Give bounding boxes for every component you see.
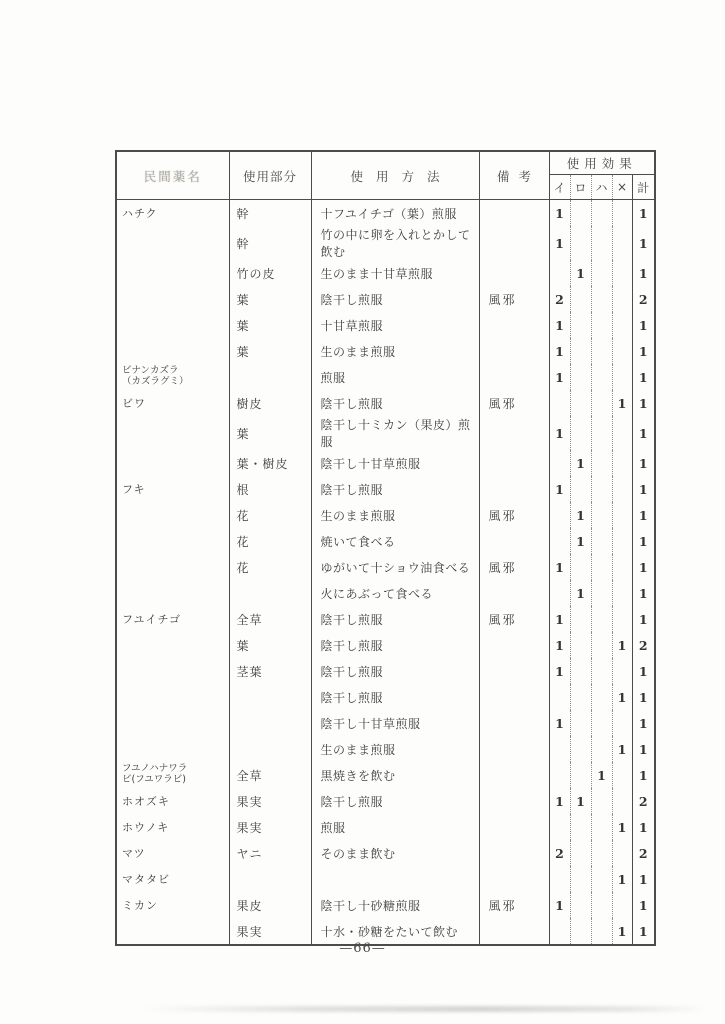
effect-cell-2: 1 (591, 762, 612, 788)
effect-cell-0 (549, 502, 570, 528)
column-header-effect-ha: ハ (591, 175, 612, 200)
table-row: 葉生のまま煎服11 (116, 338, 655, 364)
effect-cell-1 (570, 840, 591, 866)
effect-cell-2 (591, 416, 612, 450)
table-row: 花焼いて食べる11 (116, 528, 655, 554)
remarks-cell (479, 684, 549, 710)
effect-cell-1: 1 (570, 788, 591, 814)
effect-cell-4: 1 (632, 476, 655, 502)
effect-cell-3 (612, 200, 632, 227)
table-row: 花生のまま煎服風邪11 (116, 502, 655, 528)
column-header-effect-total: 計 (632, 175, 655, 200)
remarks-cell (479, 476, 549, 502)
effect-cell-3: 1 (612, 814, 632, 840)
effect-cell-1 (570, 416, 591, 450)
name-cell (116, 710, 229, 736)
effect-cell-2 (591, 684, 612, 710)
remarks-cell: 風邪 (479, 502, 549, 528)
effect-cell-4: 1 (632, 658, 655, 684)
method-cell: 黒焼きを飲む (311, 762, 479, 788)
table-row: ホウノキ果実煎服11 (116, 814, 655, 840)
table-row: 葉・樹皮陰干し十甘草煎服11 (116, 450, 655, 476)
method-cell: 生のまま煎服 (311, 502, 479, 528)
effect-cell-4: 1 (632, 892, 655, 918)
effect-cell-0 (549, 736, 570, 762)
effect-cell-1: 1 (570, 450, 591, 476)
method-cell: 陰干し煎服 (311, 286, 479, 312)
name-cell: ホウノキ (116, 814, 229, 840)
effect-cell-3 (612, 788, 632, 814)
effect-cell-3 (612, 364, 632, 390)
effect-cell-4: 1 (632, 502, 655, 528)
part-cell: 葉 (229, 416, 311, 450)
column-header-effect-x: × (612, 175, 632, 200)
remarks-cell: 風邪 (479, 286, 549, 312)
name-cell (116, 260, 229, 286)
effect-cell-3 (612, 580, 632, 606)
table-row: フユノハナワラ ビ(フユワラビ)全草黒焼きを飲む11 (116, 762, 655, 788)
effect-cell-2 (591, 710, 612, 736)
effect-cell-0: 1 (549, 710, 570, 736)
part-cell: 果実 (229, 788, 311, 814)
name-cell: マタタビ (116, 866, 229, 892)
part-cell: 花 (229, 554, 311, 580)
effect-cell-0: 2 (549, 286, 570, 312)
effect-cell-2 (591, 632, 612, 658)
method-cell: 陰干し煎服 (311, 658, 479, 684)
effect-cell-2 (591, 260, 612, 286)
effect-cell-1 (570, 286, 591, 312)
part-cell: 果実 (229, 814, 311, 840)
effect-cell-3 (612, 710, 632, 736)
effect-cell-3 (612, 260, 632, 286)
name-cell: ハチク (116, 200, 229, 227)
method-cell: 竹の中に卵を入れとかして飲む (311, 226, 479, 260)
remarks-cell: 風邪 (479, 606, 549, 632)
effect-cell-2 (591, 866, 612, 892)
effect-cell-0 (549, 762, 570, 788)
method-cell: 火にあぶって食べる (311, 580, 479, 606)
effect-cell-0: 1 (549, 226, 570, 260)
remarks-cell (479, 736, 549, 762)
method-cell: 陰干し煎服 (311, 632, 479, 658)
part-cell: 葉 (229, 338, 311, 364)
part-cell: 花 (229, 502, 311, 528)
part-cell: 根 (229, 476, 311, 502)
name-cell: ホオズキ (116, 788, 229, 814)
table-row: 竹の皮生のまま十甘草煎服11 (116, 260, 655, 286)
effect-cell-1 (570, 390, 591, 416)
effect-cell-4: 1 (632, 710, 655, 736)
remarks-cell: 風邪 (479, 892, 549, 918)
name-cell: マツ (116, 840, 229, 866)
method-cell: 陰干し煎服 (311, 606, 479, 632)
part-cell: 全草 (229, 606, 311, 632)
effect-cell-2 (591, 476, 612, 502)
effect-cell-1 (570, 554, 591, 580)
effect-cell-3 (612, 312, 632, 338)
remarks-cell (479, 866, 549, 892)
part-cell (229, 736, 311, 762)
table-row: ハチク幹十フユイチゴ（葉）煎服11 (116, 200, 655, 227)
remarks-cell (479, 814, 549, 840)
effect-cell-2 (591, 226, 612, 260)
column-header-remarks: 備考 (479, 151, 549, 200)
remarks-cell (479, 200, 549, 227)
effect-cell-0 (549, 580, 570, 606)
part-cell (229, 866, 311, 892)
remarks-cell: 風邪 (479, 554, 549, 580)
table-row: ホオズキ果実陰干し煎服112 (116, 788, 655, 814)
method-cell: 陰干し煎服 (311, 788, 479, 814)
method-cell: 焼いて食べる (311, 528, 479, 554)
method-cell: 生のまま十甘草煎服 (311, 260, 479, 286)
effect-cell-2 (591, 502, 612, 528)
method-cell: 生のまま煎服 (311, 736, 479, 762)
name-cell (116, 528, 229, 554)
table-row: ビワ樹皮陰干し煎服風邪11 (116, 390, 655, 416)
effect-cell-4: 1 (632, 762, 655, 788)
effect-cell-0: 1 (549, 892, 570, 918)
effect-cell-4: 1 (632, 226, 655, 260)
document-page: 民間薬名 使用部分 使用方法 備考 使用効果 イ ロ ハ × 計 ハチク幹十フユ… (0, 0, 725, 1024)
effect-cell-4: 2 (632, 840, 655, 866)
table-row: フキ根陰干し煎服11 (116, 476, 655, 502)
folk-medicine-table: 民間薬名 使用部分 使用方法 備考 使用効果 イ ロ ハ × 計 ハチク幹十フユ… (115, 150, 656, 946)
name-cell (116, 450, 229, 476)
remarks-cell (479, 762, 549, 788)
effect-cell-0: 1 (549, 312, 570, 338)
effect-cell-1 (570, 892, 591, 918)
effect-cell-2 (591, 450, 612, 476)
name-cell (116, 580, 229, 606)
part-cell: 花 (229, 528, 311, 554)
column-header-part: 使用部分 (229, 151, 311, 200)
part-cell: 葉・樹皮 (229, 450, 311, 476)
effect-cell-0: 1 (549, 606, 570, 632)
effect-cell-3: 1 (612, 736, 632, 762)
name-cell (116, 286, 229, 312)
effect-cell-3 (612, 286, 632, 312)
effect-cell-0: 1 (549, 364, 570, 390)
effect-cell-1 (570, 710, 591, 736)
page-number: —66— (0, 941, 725, 956)
effect-cell-3: 1 (612, 632, 632, 658)
method-cell (311, 866, 479, 892)
table-body: ハチク幹十フユイチゴ（葉）煎服11幹竹の中に卵を入れとかして飲む11竹の皮生のま… (116, 200, 655, 946)
table-row: 火にあぶって食べる11 (116, 580, 655, 606)
effect-cell-2 (591, 364, 612, 390)
remarks-cell: 風邪 (479, 390, 549, 416)
part-cell: 幹 (229, 200, 311, 227)
table-row: 幹竹の中に卵を入れとかして飲む11 (116, 226, 655, 260)
effect-cell-0 (549, 684, 570, 710)
name-cell (116, 684, 229, 710)
effect-cell-2 (591, 554, 612, 580)
name-cell: ビナンカズラ （カズラグミ） (116, 364, 229, 390)
table-row: 陰干し十甘草煎服11 (116, 710, 655, 736)
effect-cell-1 (570, 762, 591, 788)
effect-cell-0: 1 (549, 658, 570, 684)
part-cell: 果皮 (229, 892, 311, 918)
remarks-cell (479, 260, 549, 286)
remarks-cell (479, 710, 549, 736)
table-row: 陰干し煎服11 (116, 684, 655, 710)
effect-cell-3: 1 (612, 390, 632, 416)
column-header-effect: 使用効果 (549, 151, 655, 175)
effect-cell-0 (549, 528, 570, 554)
effect-cell-1 (570, 476, 591, 502)
name-cell: フキ (116, 476, 229, 502)
effect-cell-2 (591, 736, 612, 762)
part-cell: 葉 (229, 312, 311, 338)
name-cell (116, 338, 229, 364)
effect-cell-0: 2 (549, 840, 570, 866)
effect-cell-4: 1 (632, 814, 655, 840)
table-row: 葉陰干し十ミカン（果皮）煎服11 (116, 416, 655, 450)
scan-noise-artifact (140, 1006, 710, 1012)
name-cell (116, 226, 229, 260)
effect-cell-0: 1 (549, 338, 570, 364)
name-cell (116, 658, 229, 684)
part-cell: 葉 (229, 286, 311, 312)
method-cell: 陰干し煎服 (311, 390, 479, 416)
part-cell: 樹皮 (229, 390, 311, 416)
table-row: マタタビ11 (116, 866, 655, 892)
effect-cell-0: 1 (549, 200, 570, 227)
effect-cell-0: 1 (549, 416, 570, 450)
effect-cell-4: 1 (632, 200, 655, 227)
effect-cell-3 (612, 554, 632, 580)
remarks-cell (479, 312, 549, 338)
method-cell: 陰干し十砂糖煎服 (311, 892, 479, 918)
effect-cell-1 (570, 736, 591, 762)
method-cell: 陰干し煎服 (311, 684, 479, 710)
effect-cell-3 (612, 450, 632, 476)
effect-cell-0: 1 (549, 476, 570, 502)
part-cell: 全草 (229, 762, 311, 788)
effect-cell-3 (612, 658, 632, 684)
part-cell: 茎葉 (229, 658, 311, 684)
effect-cell-4: 1 (632, 390, 655, 416)
table-row: マツヤニそのまま飲む22 (116, 840, 655, 866)
effect-cell-3 (612, 840, 632, 866)
effect-cell-2 (591, 312, 612, 338)
part-cell: 竹の皮 (229, 260, 311, 286)
name-cell (116, 312, 229, 338)
name-cell (116, 554, 229, 580)
effect-cell-3: 1 (612, 866, 632, 892)
remarks-cell (479, 528, 549, 554)
part-cell: ヤニ (229, 840, 311, 866)
table-row: フユイチゴ全草陰干し煎服風邪11 (116, 606, 655, 632)
effect-cell-3 (612, 416, 632, 450)
effect-cell-0: 1 (549, 554, 570, 580)
effect-cell-4: 2 (632, 286, 655, 312)
effect-cell-2 (591, 338, 612, 364)
part-cell (229, 580, 311, 606)
part-cell (229, 364, 311, 390)
effect-cell-1: 1 (570, 580, 591, 606)
table-row: 茎葉陰干し煎服11 (116, 658, 655, 684)
remarks-cell (479, 338, 549, 364)
effect-cell-2 (591, 788, 612, 814)
effect-cell-4: 1 (632, 260, 655, 286)
method-cell: 陰干し十甘草煎服 (311, 450, 479, 476)
effect-cell-4: 1 (632, 338, 655, 364)
effect-cell-2 (591, 580, 612, 606)
effect-cell-2 (591, 200, 612, 227)
effect-cell-3 (612, 226, 632, 260)
effect-cell-4: 1 (632, 580, 655, 606)
effect-cell-3 (612, 892, 632, 918)
table-header: 民間薬名 使用部分 使用方法 備考 使用効果 イ ロ ハ × 計 (116, 151, 655, 200)
part-cell: 幹 (229, 226, 311, 260)
effect-cell-2 (591, 892, 612, 918)
effect-cell-1 (570, 338, 591, 364)
name-cell: ミカン (116, 892, 229, 918)
method-cell: 十フユイチゴ（葉）煎服 (311, 200, 479, 227)
table-row: 花ゆがいて十ショウ油食べる風邪11 (116, 554, 655, 580)
effect-cell-2 (591, 606, 612, 632)
remarks-cell (479, 364, 549, 390)
remarks-cell (479, 226, 549, 260)
effect-cell-2 (591, 528, 612, 554)
method-cell: 陰干し十ミカン（果皮）煎服 (311, 416, 479, 450)
effect-cell-3 (612, 476, 632, 502)
method-cell: そのまま飲む (311, 840, 479, 866)
name-cell (116, 736, 229, 762)
method-cell: 陰干し十甘草煎服 (311, 710, 479, 736)
remarks-cell (479, 658, 549, 684)
column-header-name: 民間薬名 (116, 151, 229, 200)
effect-cell-1 (570, 606, 591, 632)
effect-cell-4: 1 (632, 554, 655, 580)
effect-cell-0: 1 (549, 632, 570, 658)
method-cell: 生のまま煎服 (311, 338, 479, 364)
table-row: ミカン果皮陰干し十砂糖煎服風邪11 (116, 892, 655, 918)
method-cell: 煎服 (311, 814, 479, 840)
remarks-cell (479, 416, 549, 450)
remarks-cell (479, 450, 549, 476)
effect-cell-3 (612, 762, 632, 788)
effect-cell-1 (570, 632, 591, 658)
effect-cell-1 (570, 364, 591, 390)
name-cell (116, 632, 229, 658)
effect-cell-2 (591, 658, 612, 684)
effect-cell-4: 1 (632, 528, 655, 554)
method-cell: 十甘草煎服 (311, 312, 479, 338)
name-cell: ビワ (116, 390, 229, 416)
effect-cell-3 (612, 606, 632, 632)
remarks-cell (479, 788, 549, 814)
effect-cell-0 (549, 450, 570, 476)
effect-cell-3 (612, 338, 632, 364)
part-cell (229, 684, 311, 710)
effect-cell-1 (570, 226, 591, 260)
column-header-effect-i: イ (549, 175, 570, 200)
effect-cell-1 (570, 684, 591, 710)
name-cell (116, 502, 229, 528)
effect-cell-4: 1 (632, 450, 655, 476)
table-row: 葉十甘草煎服11 (116, 312, 655, 338)
effect-cell-4: 1 (632, 416, 655, 450)
effect-cell-0 (549, 866, 570, 892)
effect-cell-0 (549, 814, 570, 840)
remarks-cell (479, 580, 549, 606)
effect-cell-1: 1 (570, 502, 591, 528)
name-cell: フユノハナワラ ビ(フユワラビ) (116, 762, 229, 788)
column-header-method: 使用方法 (311, 151, 479, 200)
table-row: 葉陰干し煎服風邪22 (116, 286, 655, 312)
effect-cell-2 (591, 840, 612, 866)
effect-cell-1 (570, 814, 591, 840)
effect-cell-1: 1 (570, 528, 591, 554)
table-row: 生のまま煎服11 (116, 736, 655, 762)
effect-cell-0 (549, 390, 570, 416)
effect-cell-4: 1 (632, 866, 655, 892)
method-cell: 煎服 (311, 364, 479, 390)
effect-cell-2 (591, 814, 612, 840)
effect-cell-2 (591, 286, 612, 312)
part-cell (229, 710, 311, 736)
effect-cell-0 (549, 260, 570, 286)
table-row: ビナンカズラ （カズラグミ）煎服11 (116, 364, 655, 390)
effect-cell-1 (570, 312, 591, 338)
effect-cell-4: 1 (632, 312, 655, 338)
part-cell: 葉 (229, 632, 311, 658)
effect-cell-1 (570, 658, 591, 684)
column-header-effect-ro: ロ (570, 175, 591, 200)
effect-cell-4: 1 (632, 684, 655, 710)
effect-cell-4: 1 (632, 736, 655, 762)
effect-cell-3 (612, 502, 632, 528)
effect-cell-1 (570, 200, 591, 227)
effect-cell-4: 1 (632, 606, 655, 632)
effect-cell-3: 1 (612, 684, 632, 710)
name-cell (116, 416, 229, 450)
effect-cell-1: 1 (570, 260, 591, 286)
remarks-cell (479, 840, 549, 866)
effect-cell-4: 1 (632, 364, 655, 390)
method-cell: ゆがいて十ショウ油食べる (311, 554, 479, 580)
table-row: 葉陰干し煎服112 (116, 632, 655, 658)
effect-cell-4: 2 (632, 632, 655, 658)
method-cell: 陰干し煎服 (311, 476, 479, 502)
effect-cell-1 (570, 866, 591, 892)
remarks-cell (479, 632, 549, 658)
name-cell: フユイチゴ (116, 606, 229, 632)
effect-cell-0: 1 (549, 788, 570, 814)
effect-cell-4: 2 (632, 788, 655, 814)
effect-cell-2 (591, 390, 612, 416)
effect-cell-3 (612, 528, 632, 554)
